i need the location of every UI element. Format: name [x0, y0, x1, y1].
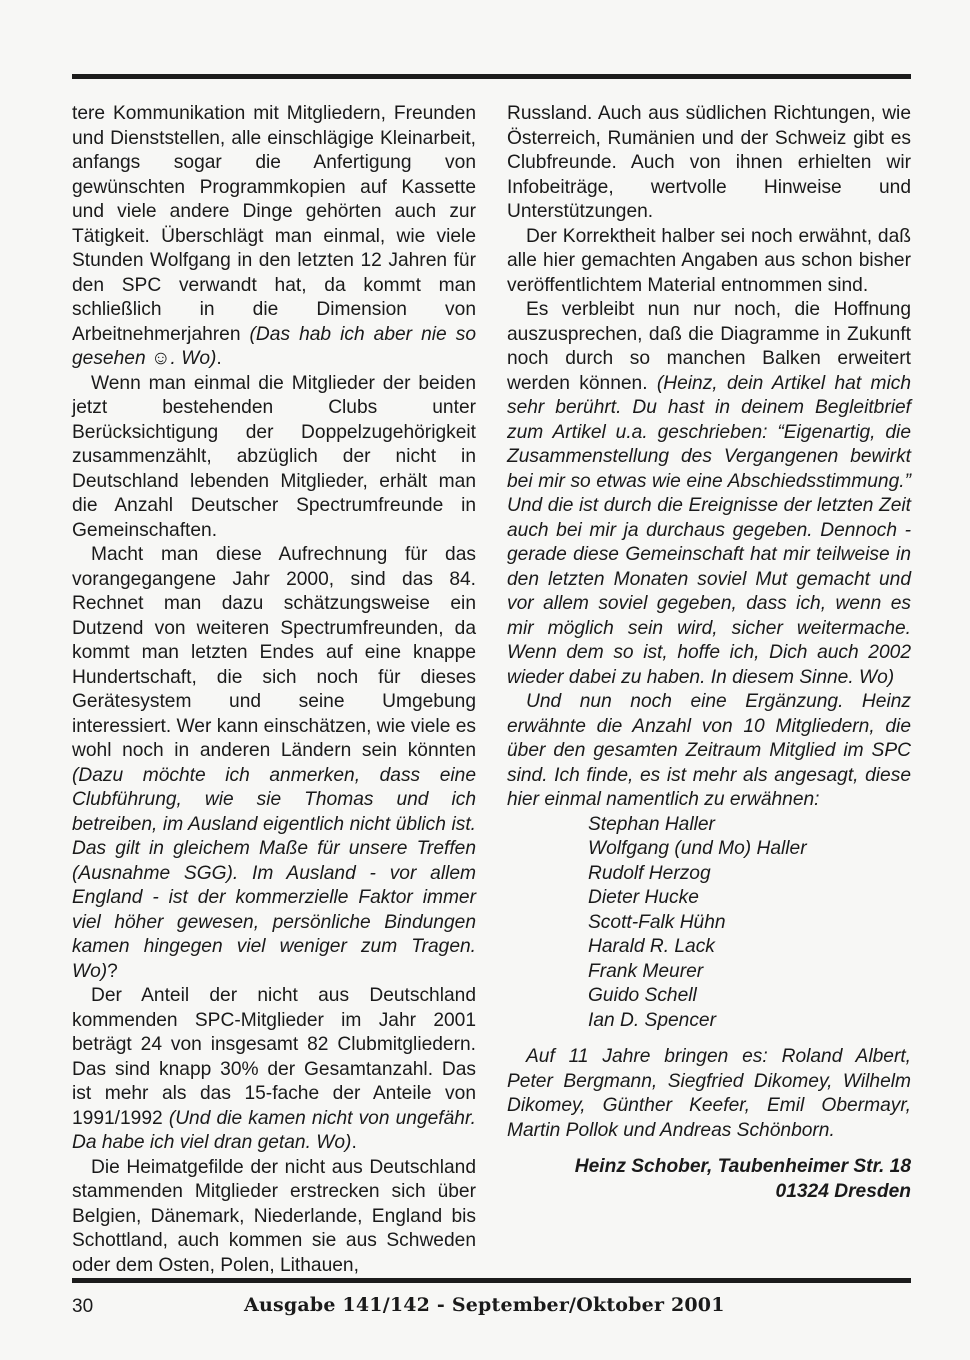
paragraph: Macht man diese Aufrechnung für das vora…: [72, 543, 476, 984]
issue-line: Ausgabe 141/142 - September/Oktober 2001: [244, 1294, 725, 1316]
body-text: Russland. Auch aus südlichen Richtungen,…: [507, 103, 911, 222]
eleven-years-paragraph: Auf 11 Jahre bringen es: Roland Albert, …: [507, 1045, 911, 1143]
paragraph: Der Korrektheit halber sei noch erwähnt,…: [507, 225, 911, 299]
addendum-intro: Und nun noch eine Ergänzung. Heinz erwäh…: [507, 690, 911, 813]
author-signature: Heinz Schober, Taubenheimer Str. 18 0132…: [507, 1155, 911, 1204]
bottom-rule: [72, 1278, 911, 1283]
body-text: Der Korrektheit halber sei noch erwähnt,…: [507, 226, 911, 296]
right-column: Russland. Auch aus südlichen Richtungen,…: [507, 102, 911, 1204]
body-text: .: [351, 1132, 356, 1153]
left-column: tere Kommunikation mit Mitgliedern, Freu…: [72, 102, 476, 1278]
signature-line: 01324 Dresden: [507, 1180, 911, 1205]
body-text: ?: [107, 961, 118, 982]
member-list: Stephan Haller Wolfgang (und Mo) Haller …: [507, 813, 911, 1034]
paragraph: Es verbleibt nun nur noch, die Hoffnung …: [507, 298, 911, 690]
paragraph: Wenn man einmal die Mitglieder der beide…: [72, 372, 476, 544]
paragraph: tere Kommunikation mit Mitgliedern, Freu…: [72, 102, 476, 372]
page-number: 30: [72, 1296, 93, 1318]
member-name: Stephan Haller: [588, 813, 911, 838]
paragraph: Russland. Auch aus südlichen Richtungen,…: [507, 102, 911, 225]
member-name: Harald R. Lack: [588, 935, 911, 960]
top-rule: [72, 74, 911, 79]
paragraph: Die Heimatgefilde der nicht aus Deutschl…: [72, 1156, 476, 1279]
member-name: Scott-Falk Hühn: [588, 911, 911, 936]
signature-line: Heinz Schober, Taubenheimer Str. 18: [507, 1155, 911, 1180]
body-text: .: [216, 348, 221, 369]
editor-note: (Dazu möchte ich anmerken, dass eine Clu…: [72, 765, 476, 982]
member-name: Wolfgang (und Mo) Haller: [588, 837, 911, 862]
member-name: Frank Meurer: [588, 960, 911, 985]
body-text: Die Heimatgefilde der nicht aus Deutschl…: [72, 1157, 476, 1276]
member-name: Ian D. Spencer: [588, 1009, 911, 1034]
member-name: Guido Schell: [588, 984, 911, 1009]
editor-note: (Heinz, dein Artikel hat mich sehr berüh…: [507, 373, 911, 688]
member-name: Dieter Hucke: [588, 886, 911, 911]
body-text: Macht man diese Aufrechnung für das vora…: [72, 544, 476, 761]
body-text: Wenn man einmal die Mitglieder der beide…: [72, 373, 476, 541]
body-text: tere Kommunikation mit Mitgliedern, Freu…: [72, 103, 476, 345]
paragraph: Der Anteil der nicht aus Deutschland kom…: [72, 984, 476, 1156]
member-name: Rudolf Herzog: [588, 862, 911, 887]
